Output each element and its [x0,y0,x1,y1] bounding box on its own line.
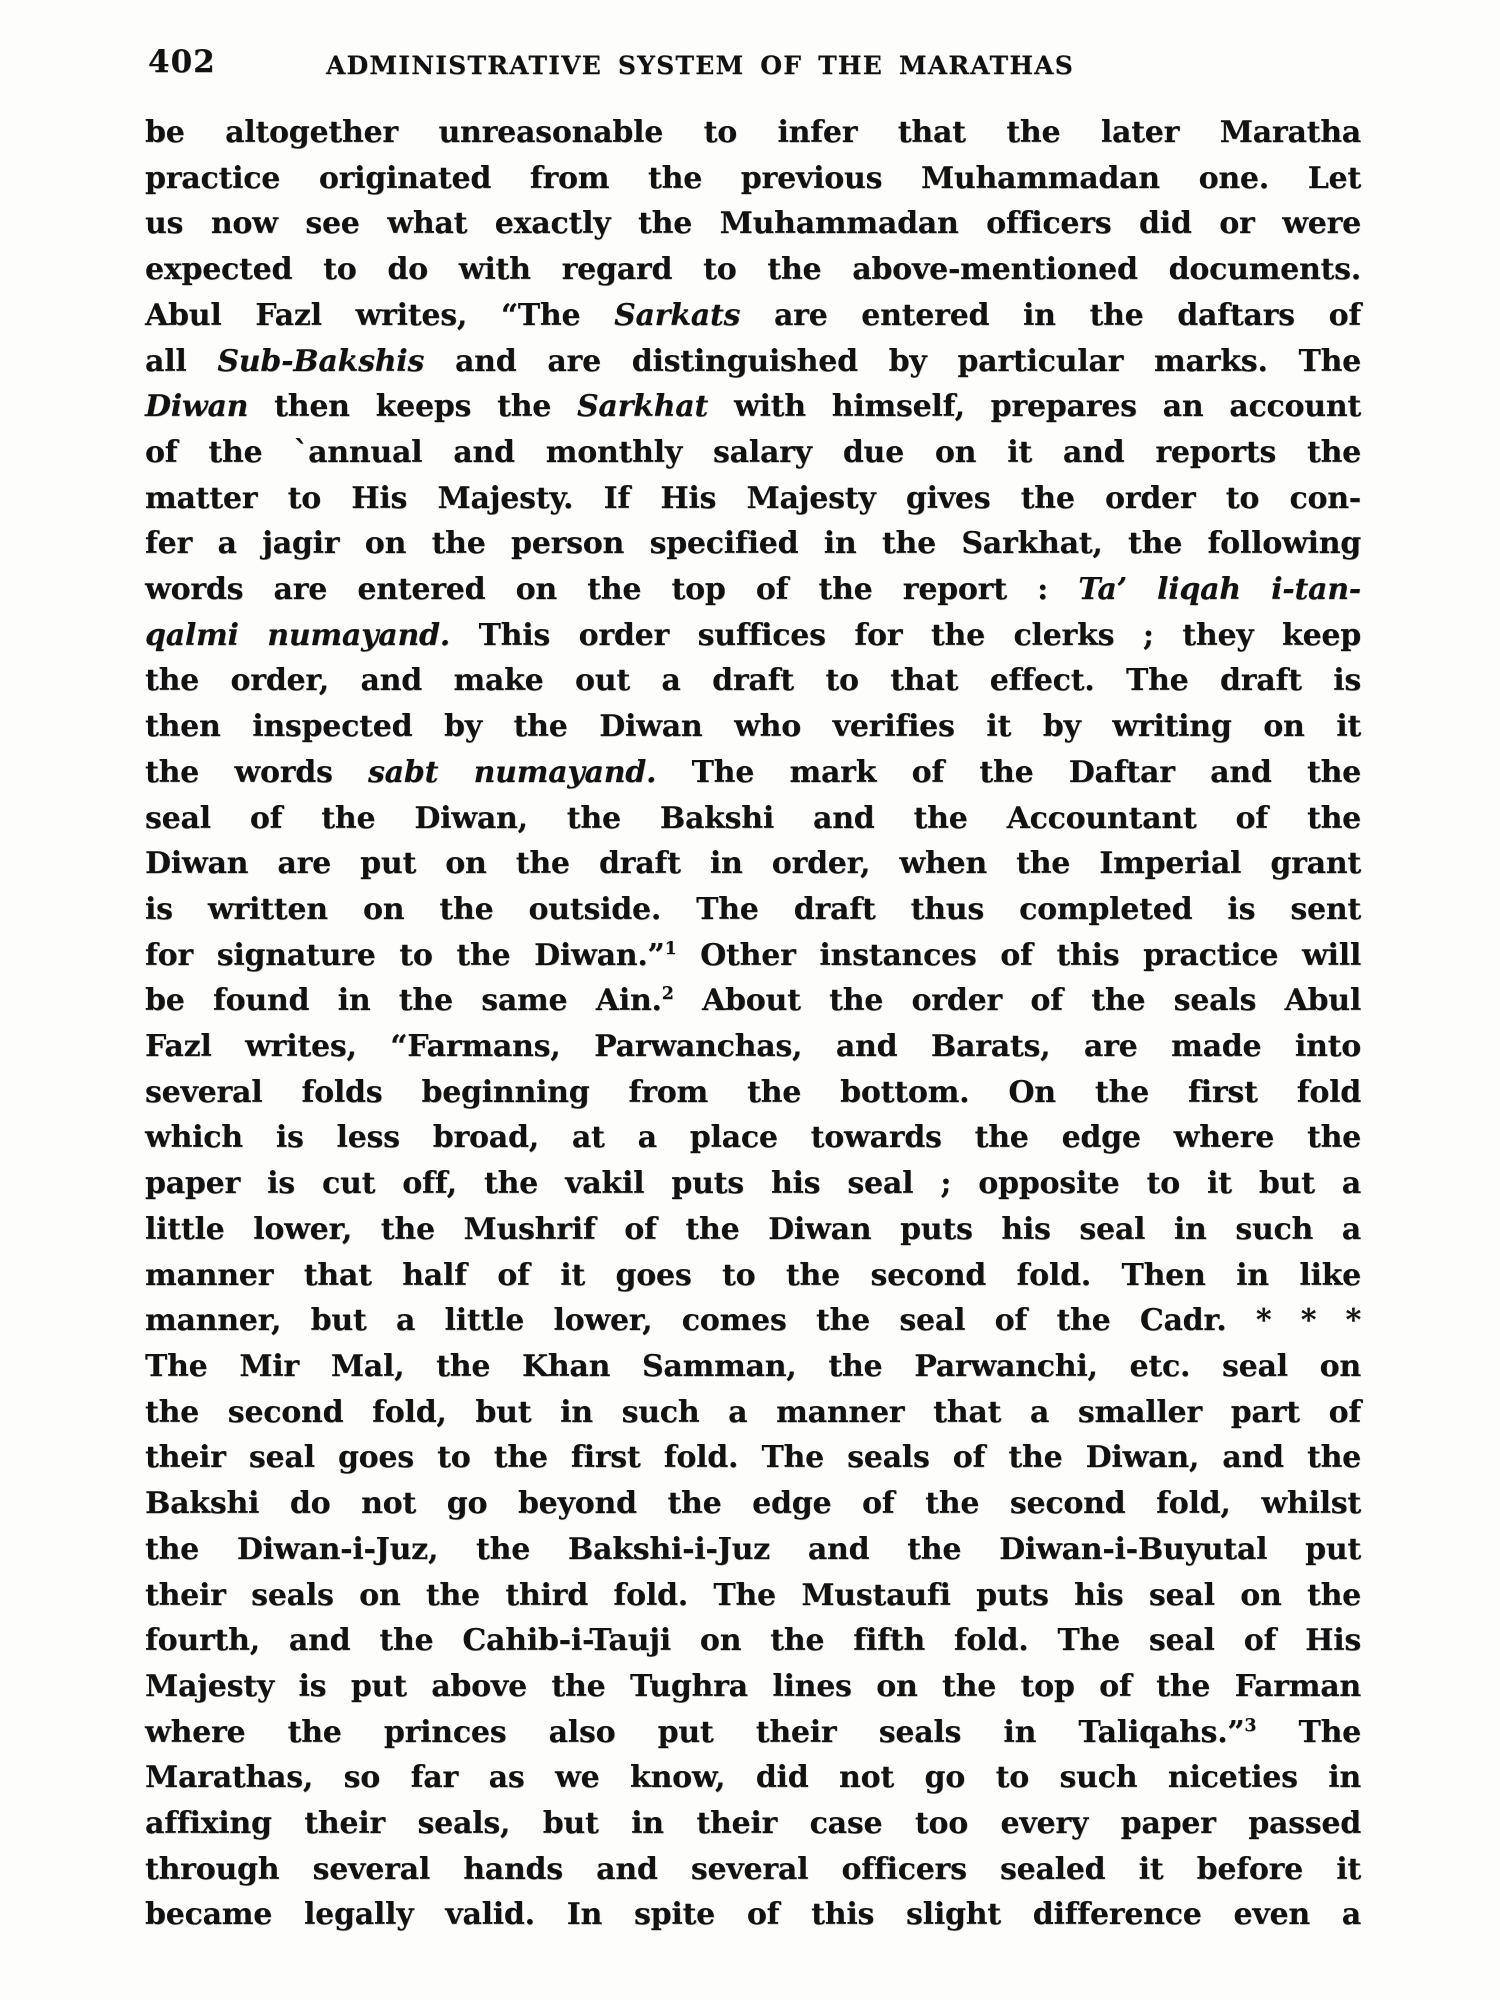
text-line: their seal goes to the first fold. The s… [145,1435,1361,1481]
text-line: be found in the same Ain.2 About the ord… [145,978,1361,1024]
text-line: The Mir Mal, the Khan Samman, the Parwan… [145,1344,1361,1390]
text-line: fourth, and the Cahib-i-Tauji on the fif… [145,1618,1361,1664]
text-line: practice originated from the previous Mu… [145,156,1361,202]
text-line: several folds beginning from the bottom.… [145,1070,1361,1116]
text-line: be altogether unreasonable to infer that… [145,110,1361,156]
text-line: is written on the outside. The draft thu… [145,887,1361,933]
text-line: which is less broad, at a place towards … [145,1115,1361,1161]
text-line: through several hands and several office… [145,1847,1361,1893]
text-line: for signature to the Diwan.”1 Other inst… [145,933,1361,979]
scanned-book-page: 402 ADMINISTRATIVE SYSTEM OF THE MARATHA… [0,0,1500,2000]
text-line: where the princes also put their seals i… [145,1710,1361,1756]
text-line: the second fold, but in such a manner th… [145,1390,1361,1436]
text-line: words are entered on the top of the repo… [145,567,1361,613]
text-line: Majesty is put above the Tughra lines on… [145,1664,1361,1710]
text-line: their seals on the third fold. The Musta… [145,1573,1361,1619]
text-line: Bakshi do not go beyond the edge of the … [145,1481,1361,1527]
text-line: the order, and make out a draft to that … [145,658,1361,704]
text-line: the words sabt numayand. The mark of the… [145,750,1361,796]
text-line: manner that half of it goes to the secon… [145,1253,1361,1299]
text-line: of the `annual and monthly salary due on… [145,430,1361,476]
text-line: became legally valid. In spite of this s… [145,1892,1361,1938]
text-line: expected to do with regard to the above-… [145,247,1361,293]
text-line: manner, but a little lower, comes the se… [145,1298,1361,1344]
text-line: matter to His Majesty. If His Majesty gi… [145,476,1361,522]
page-number: 402 [148,44,216,80]
text-line: qalmi numayand. This order suffices for … [145,613,1361,659]
text-line: then inspected by the Diwan who verifies… [145,704,1361,750]
text-line: seal of the Diwan, the Bakshi and the Ac… [145,796,1361,842]
text-line: Fazl writes, “Farmans, Parwanchas, and B… [145,1024,1361,1070]
text-line: Diwan are put on the draft in order, whe… [145,841,1361,887]
text-line: little lower, the Mushrif of the Diwan p… [145,1207,1361,1253]
text-line: us now see what exactly the Muhammadan o… [145,201,1361,247]
running-head-title: ADMINISTRATIVE SYSTEM OF THE MARATHAS [280,51,1120,80]
text-line: paper is cut off, the vakil puts his sea… [145,1161,1361,1207]
body-text: be altogether unreasonable to infer that… [145,110,1361,1938]
text-line: fer a jagir on the person specified in t… [145,521,1361,567]
text-line: Marathas, so far as we know, did not go … [145,1755,1361,1801]
text-line: Abul Fazl writes, “The Sarkats are enter… [145,293,1361,339]
text-line: affixing their seals, but in their case … [145,1801,1361,1847]
text-line: the Diwan-i-Juz, the Bakshi-i-Juz and th… [145,1527,1361,1573]
text-line: all Sub-Bakshis and are distinguished by… [145,339,1361,385]
text-line: Diwan then keeps the Sarkhat with himsel… [145,384,1361,430]
